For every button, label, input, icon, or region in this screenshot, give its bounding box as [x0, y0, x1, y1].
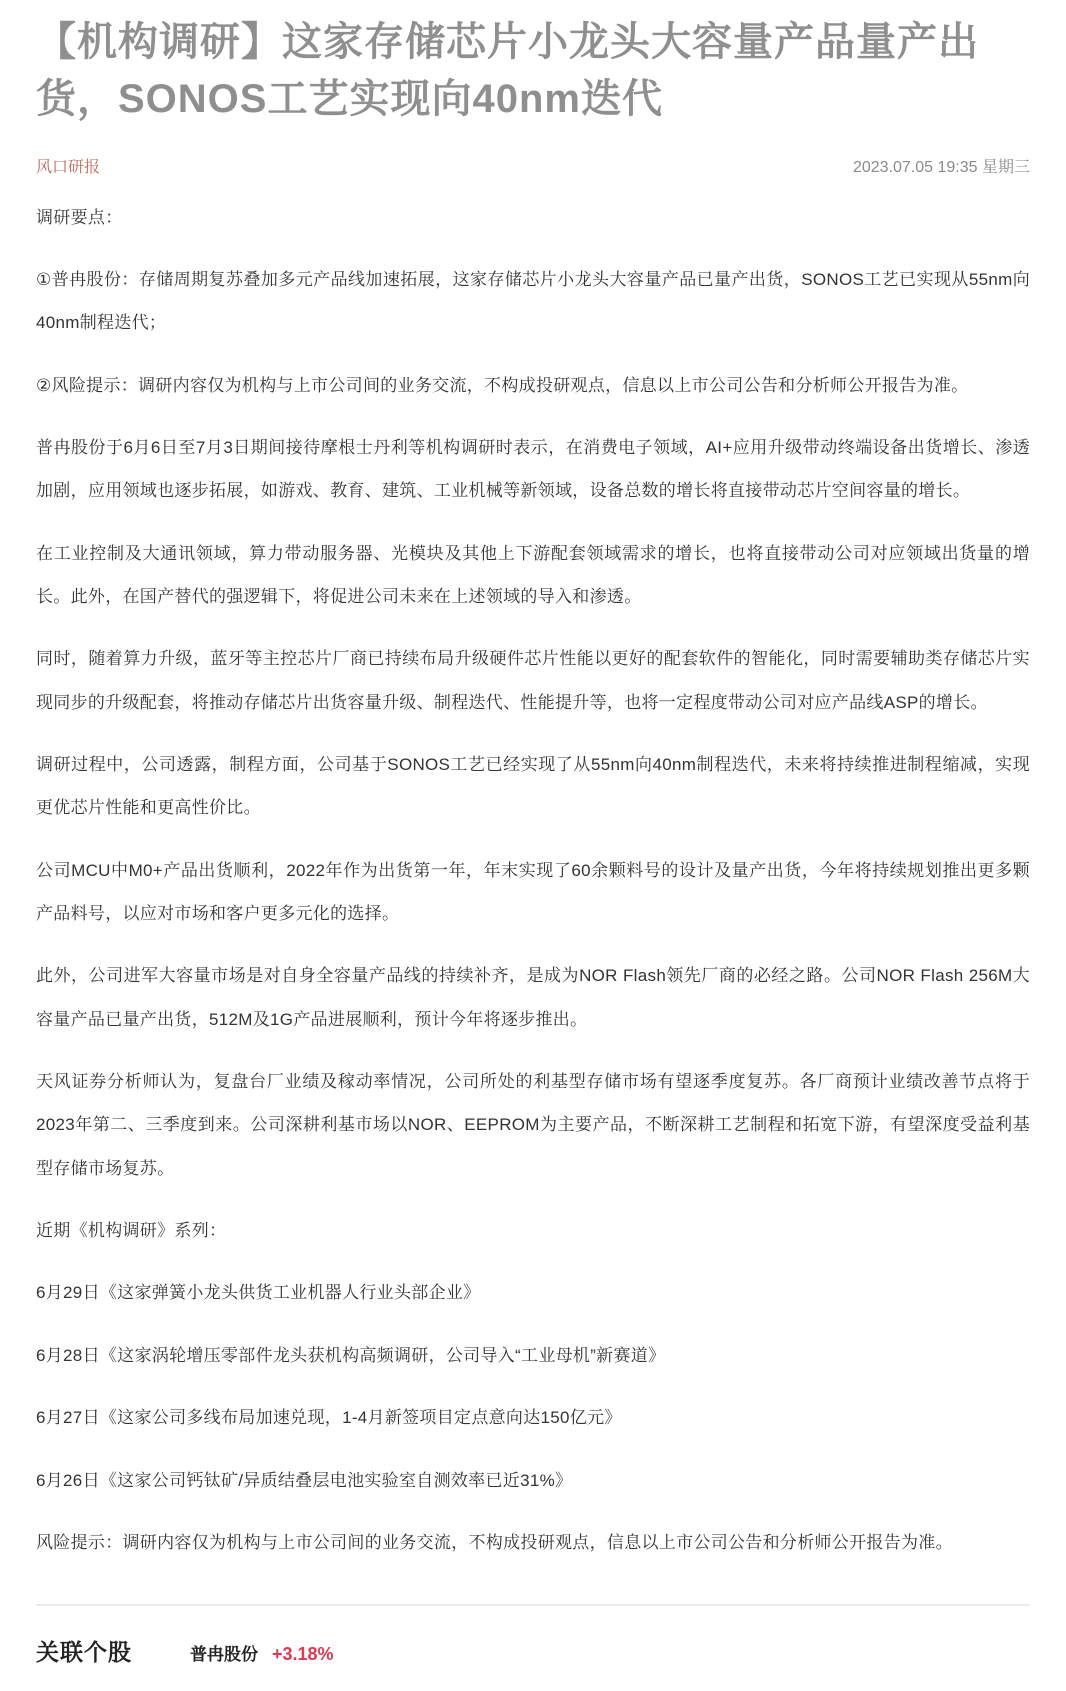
article-paragraph: 6月28日《这家涡轮增压零部件龙头获机构高频调研，公司导入“工业母机”新赛道》 [36, 1334, 1030, 1377]
article-paragraph: 同时，随着算力升级，蓝牙等主控芯片厂商已持续布局升级硬件芯片性能以更好的配套软件… [36, 637, 1030, 724]
article-paragraph: 天风证券分析师认为，复盘台厂业绩及稼动率情况，公司所处的利基型存储市场有望逐季度… [36, 1060, 1030, 1190]
article-paragraph: 6月29日《这家弹簧小龙头供货工业机器人行业头部企业》 [36, 1271, 1030, 1314]
article-paragraph: 近期《机构调研》系列： [36, 1209, 1030, 1252]
article-meta-row: 风口研报 2023.07.05 19:35 星期三 [36, 154, 1030, 177]
article-paragraph: 此外，公司进军大容量市场是对自身全容量产品线的持续补齐，是成为NOR Flash… [36, 954, 1030, 1041]
article-paragraph: 风险提示：调研内容仅为机构与上市公司间的业务交流，不构成投研观点，信息以上市公司… [36, 1521, 1030, 1564]
stock-name: 普冉股份 [190, 1640, 258, 1665]
publish-timestamp: 2023.07.05 19:35 星期三 [853, 154, 1030, 177]
article-paragraph: 6月26日《这家公司钙钛矿/异质结叠层电池实验室自测效率已近31%》 [36, 1459, 1030, 1502]
article-paragraph: ①普冉股份：存储周期复苏叠加多元产品线加速拓展，这家存储芯片小龙头大容量产品已量… [36, 258, 1030, 345]
article-body: 调研要点： ①普冉股份：存储周期复苏叠加多元产品线加速拓展，这家存储芯片小龙头大… [36, 196, 1030, 1565]
stock-change-badge: +3.18% [272, 1644, 334, 1665]
article-container: 【机构调研】这家存储芯片小龙头大容量产品量产出货，SONOS工艺实现向40nm迭… [0, 0, 1066, 1606]
article-paragraph: 调研要点： [36, 196, 1030, 239]
related-stocks-section: 关联个股 普冉股份 +3.18% [0, 1606, 1066, 1691]
related-stocks-label: 关联个股 [36, 1634, 132, 1667]
article-title: 【机构调研】这家存储芯片小龙头大容量产品量产出货，SONOS工艺实现向40nm迭… [36, 14, 1030, 128]
article-paragraph: 调研过程中，公司透露，制程方面，公司基于SONOS工艺已经实现了从55nm向40… [36, 743, 1030, 830]
category-tag[interactable]: 风口研报 [36, 154, 100, 177]
article-paragraph: 6月27日《这家公司多线布局加速兑现，1-4月新签项目定点意向达150亿元》 [36, 1396, 1030, 1439]
article-paragraph: 普冉股份于6月6日至7月3日期间接待摩根士丹利等机构调研时表示，在消费电子领域，… [36, 426, 1030, 513]
related-stock-item[interactable]: 普冉股份 +3.18% [190, 1640, 334, 1665]
article-paragraph: ②风险提示：调研内容仅为机构与上市公司间的业务交流，不构成投研观点，信息以上市公… [36, 364, 1030, 407]
article-paragraph: 公司MCU中M0+产品出货顺利，2022年作为出货第一年，年末实现了60余颗料号… [36, 849, 1030, 936]
article-paragraph: 在工业控制及大通讯领域，算力带动服务器、光模块及其他上下游配套领域需求的增长，也… [36, 532, 1030, 619]
